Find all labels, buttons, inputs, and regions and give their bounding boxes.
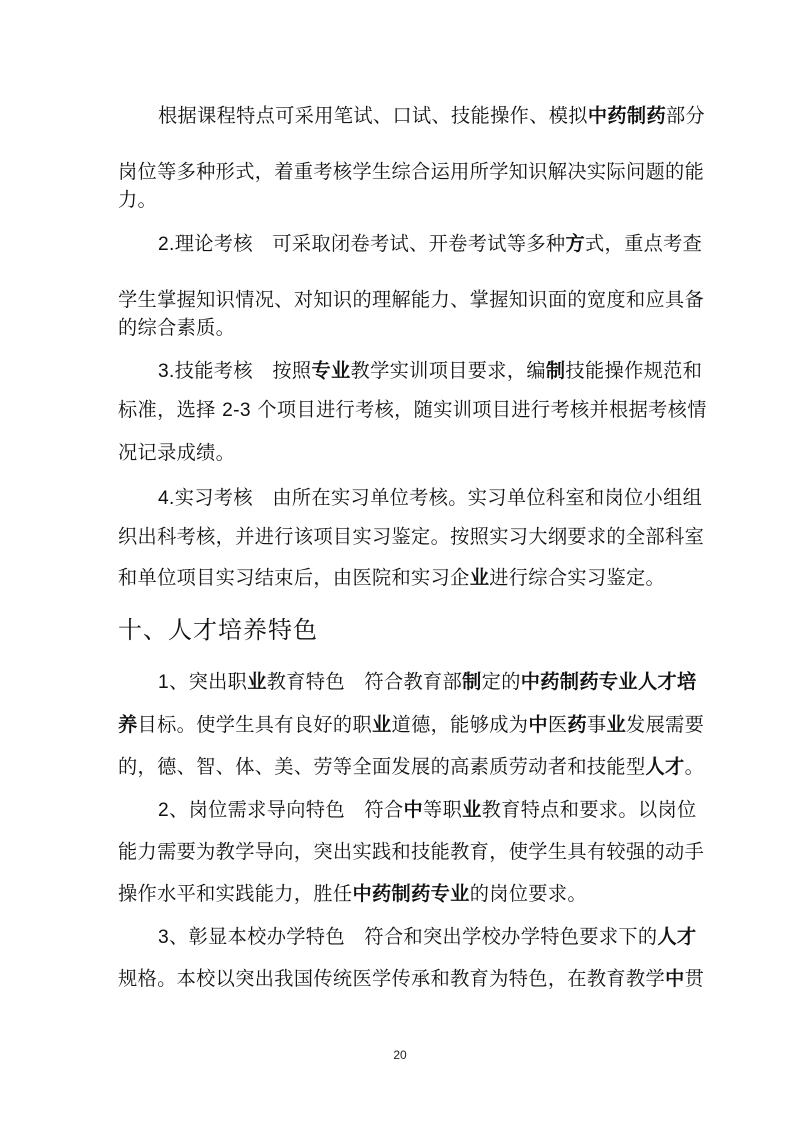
paragraph-line: 养目标。使学生具有良好的职业道德，能够成为中医药事业发展需要 bbox=[118, 713, 684, 737]
paragraph-line: 的综合素质。 bbox=[118, 316, 684, 340]
paragraph-line: 学生掌握知识情况、对知识的理解能力、掌握知识面的宽度和应具备 bbox=[118, 288, 684, 312]
bold-text-run: 制 bbox=[462, 670, 482, 693]
bold-text-run: 中 bbox=[403, 798, 423, 821]
text-run: 织出科考核，并进行该项目实习鉴定。按照实习大纲要求的全部科室 bbox=[118, 525, 704, 548]
text-run: 技能考核 按照 bbox=[175, 359, 312, 382]
text-run: 2 bbox=[158, 800, 169, 821]
paragraph-line: 力。 bbox=[118, 188, 684, 212]
paragraph-line: 3、彰显本校办学特色 符合和突出学校办学特色要求下的人才 bbox=[158, 925, 684, 950]
bold-text-run: 方 bbox=[565, 232, 585, 255]
text-run: 发展需要 bbox=[626, 713, 704, 736]
paragraph-line: 标准，选择 2-3 个项目进行考核，随实训项目进行考核并根据考核情 bbox=[118, 398, 684, 423]
text-run: 能力需要为教学导向，突出实践和技能教育，使学生具有较强的动手 bbox=[118, 840, 704, 863]
text-run: 和单位项目实习结束后，由医院和实习企 bbox=[118, 566, 470, 589]
paragraph-line: 1、突出职业教育特色 符合教育部制定的中药制药专业人才培 bbox=[158, 670, 684, 695]
text-run: 定的 bbox=[482, 670, 521, 693]
paragraph-line: 能力需要为教学导向，突出实践和技能教育，使学生具有较强的动手 bbox=[118, 840, 684, 864]
text-run: 、突出职 bbox=[169, 670, 247, 693]
text-run: 力。 bbox=[118, 188, 157, 211]
paragraph-line: 4.实习考核 由所在实习单位考核。实习单位科室和岗位小组组 bbox=[158, 486, 684, 511]
paragraph-line: 2.理论考核 可采取闭卷考试、开卷考试等多种方式，重点考查 bbox=[158, 232, 684, 257]
bold-text-run: 业 bbox=[607, 713, 627, 736]
text-run: 3 bbox=[158, 927, 169, 948]
paragraph-line: 根据课程特点可采用笔试、口试、技能操作、模拟中药制药部分 bbox=[158, 104, 684, 128]
page-number: 20 bbox=[0, 1048, 800, 1062]
text-run: 操作水平和实践能力，胜任 bbox=[118, 882, 352, 905]
text-run: 个项目进行考核，随实训项目进行考核并根据考核情 bbox=[251, 398, 707, 421]
bold-text-run: 人才 bbox=[657, 925, 696, 948]
document-page: 根据课程特点可采用笔试、口试、技能操作、模拟中药制药部分 岗位等多种形式，着重考… bbox=[0, 0, 800, 1131]
text-run: 等职 bbox=[423, 798, 462, 821]
text-run: 的综合素质。 bbox=[118, 316, 235, 339]
bold-text-run: 中 bbox=[528, 713, 548, 736]
text-run: 教育特色 符合教育部 bbox=[267, 670, 462, 693]
text-run: 岗位等多种形式，着重考核学生综合运用所学知识解决实际问题的能 bbox=[118, 160, 704, 183]
bold-text-run: 业 bbox=[372, 713, 392, 736]
text-run: 医 bbox=[548, 713, 568, 736]
text-run: 教学实训项目要求，编 bbox=[351, 359, 546, 382]
paragraph-line: 织出科考核，并进行该项目实习鉴定。按照实习大纲要求的全部科室 bbox=[118, 525, 684, 549]
text-run: 、彰显本校办学特色 符合和突出学校办学特色要求下的 bbox=[169, 925, 657, 948]
paragraph-line: 和单位项目实习结束后，由医院和实习企业进行综合实习鉴定。 bbox=[118, 566, 684, 590]
bold-text-run: 人才 bbox=[646, 755, 685, 778]
text-run: 2-3 bbox=[222, 400, 251, 421]
bold-text-run: 制 bbox=[546, 359, 566, 382]
bold-text-run: 业 bbox=[470, 566, 490, 589]
text-run: 的岗位要求。 bbox=[470, 882, 587, 905]
text-run: 况记录成绩。 bbox=[118, 441, 235, 464]
paragraph-line: 2、岗位需求导向特色 符合中等职业教育特点和要求。以岗位 bbox=[158, 798, 684, 823]
text-run: 部分 bbox=[666, 104, 705, 127]
text-run: 、岗位需求导向特色 符合 bbox=[169, 798, 403, 821]
text-run: 进行综合实习鉴定。 bbox=[489, 566, 665, 589]
text-run: 理论考核 可采取闭卷考试、开卷考试等多种 bbox=[175, 232, 566, 255]
bold-text-run: 业 bbox=[462, 798, 482, 821]
paragraph-line: 规格。本校以突出我国传统医学传承和教育为特色，在教育教学中贯 bbox=[118, 967, 684, 991]
text-run: 教育特点和要求。以岗位 bbox=[482, 798, 697, 821]
text-run: 规格。本校以突出我国传统医学传承和教育为特色，在教育教学 bbox=[118, 967, 665, 990]
bold-text-run: 中 bbox=[665, 967, 685, 990]
paragraph-line: 操作水平和实践能力，胜任中药制药专业的岗位要求。 bbox=[118, 882, 684, 906]
paragraph-line: 况记录成绩。 bbox=[118, 441, 684, 465]
text-run: 。 bbox=[685, 755, 705, 778]
paragraph-line: 3.技能考核 按照专业教学实训项目要求，编制技能操作规范和 bbox=[158, 359, 684, 384]
text-run: 的，德、智、体、美、劳等全面发展的高素质劳动者和技能型 bbox=[118, 755, 646, 778]
bold-text-run: 中药制药专业 bbox=[352, 882, 469, 905]
text-run: 事 bbox=[587, 713, 607, 736]
bold-text-run: 业 bbox=[247, 670, 267, 693]
bold-text-run: 药 bbox=[567, 713, 587, 736]
text-run: 4. bbox=[158, 488, 175, 509]
text-run: 式，重点考查 bbox=[585, 232, 702, 255]
text-run: 目标。使学生具有良好的职 bbox=[138, 713, 372, 736]
bold-text-run: 中药制药专业人才培 bbox=[521, 670, 697, 693]
text-run: 技能操作规范和 bbox=[565, 359, 702, 382]
text-run: 2. bbox=[158, 234, 175, 255]
bold-text-run: 中药制药 bbox=[588, 104, 666, 127]
text-run: 实习考核 由所在实习单位考核。实习单位科室和岗位小组组 bbox=[175, 486, 703, 509]
paragraph-line: 岗位等多种形式，着重考核学生综合运用所学知识解决实际问题的能 bbox=[118, 160, 684, 184]
text-run: 贯 bbox=[685, 967, 705, 990]
paragraph-line: 的，德、智、体、美、劳等全面发展的高素质劳动者和技能型人才。 bbox=[118, 755, 684, 779]
bold-text-run: 养 bbox=[118, 713, 138, 736]
bold-text-run: 专业 bbox=[311, 359, 350, 382]
text-run: 道德，能够成为 bbox=[392, 713, 529, 736]
text-run: 1 bbox=[158, 672, 169, 693]
text-run: 学生掌握知识情况、对知识的理解能力、掌握知识面的宽度和应具备 bbox=[118, 288, 704, 311]
section-heading: 十、人才培养特色 bbox=[118, 615, 318, 645]
text-run: 标准，选择 bbox=[118, 398, 222, 421]
text-run: 3. bbox=[158, 361, 175, 382]
text-run: 根据课程特点可采用笔试、口试、技能操作、模拟 bbox=[158, 104, 588, 127]
